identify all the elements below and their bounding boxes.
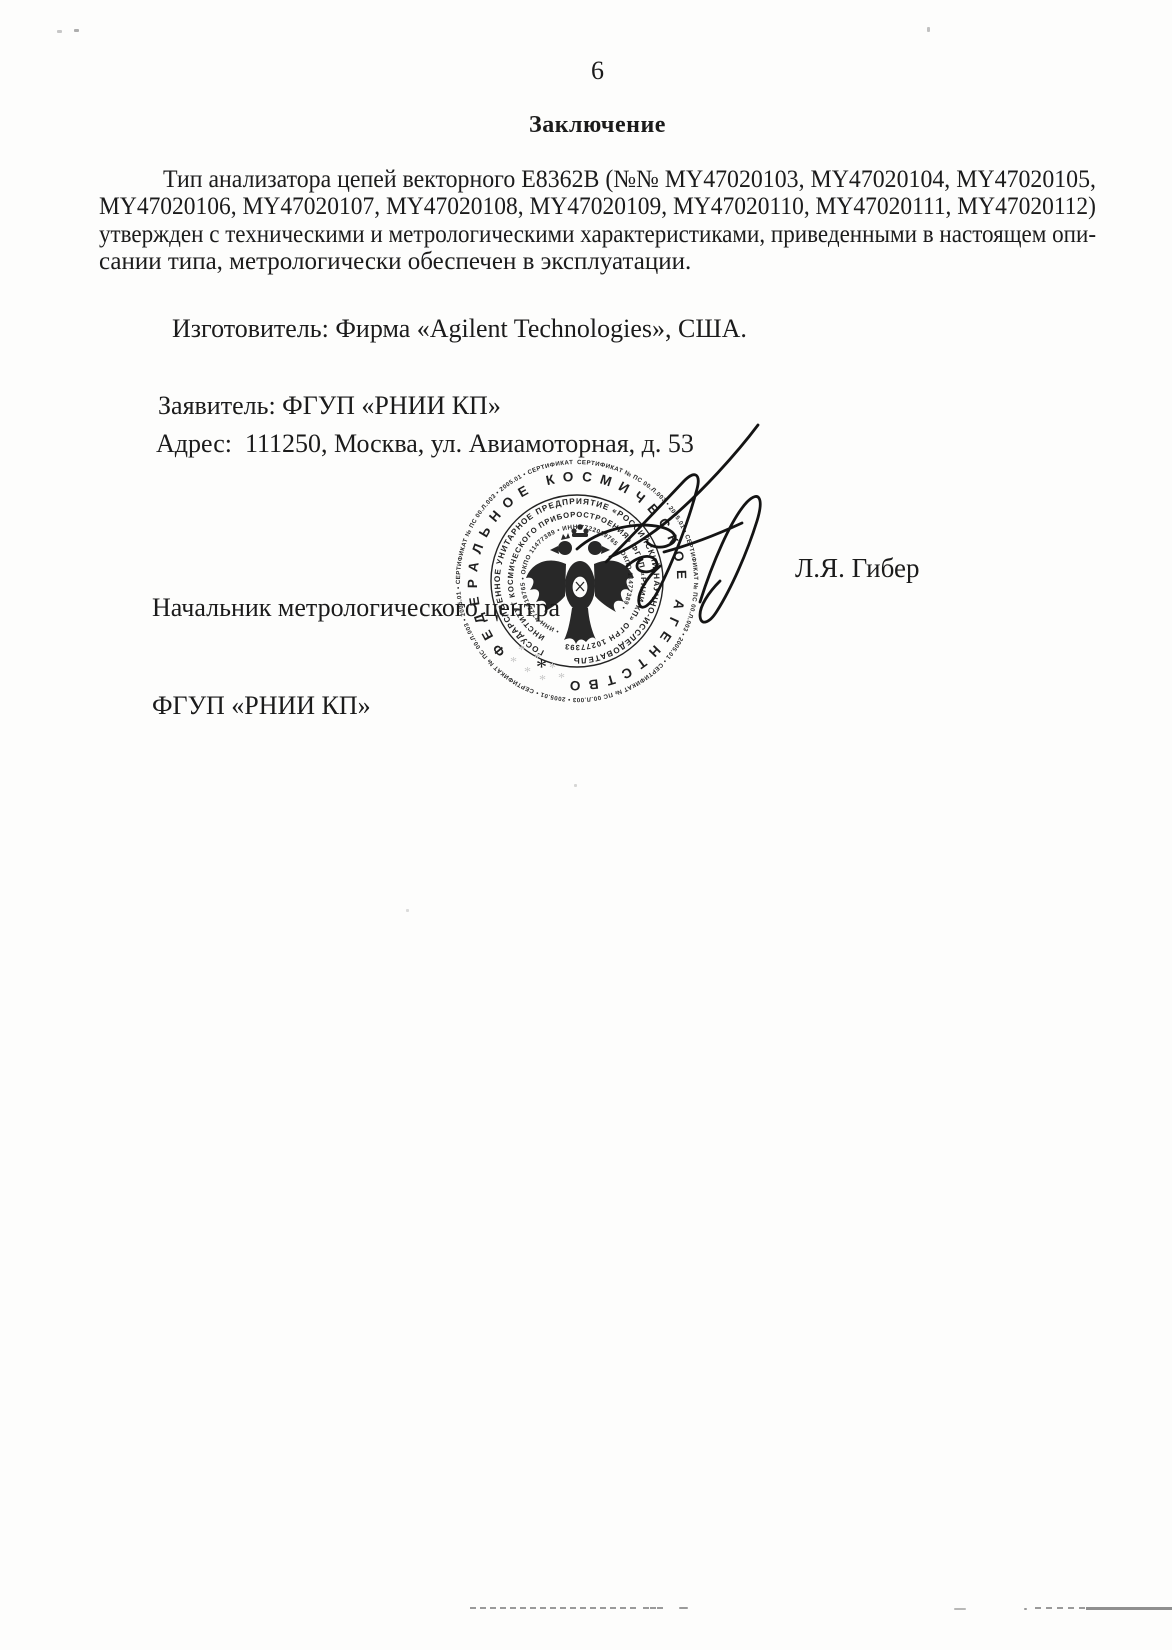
manufacturer-line: Изготовитель: Фирма «Agilent Technologie… <box>172 314 747 344</box>
scan-artifact <box>679 1607 688 1609</box>
scan-baseline-dashes <box>470 1607 636 1609</box>
scan-artifact <box>74 29 79 32</box>
scan-baseline-dashes <box>643 1607 663 1609</box>
paragraph-line: Тип анализатора цепей векторного Е8362В … <box>99 166 1096 193</box>
scan-artifact <box>954 1608 966 1610</box>
svg-text:*: * <box>558 671 565 686</box>
scanned-document-page: { "document": { "page_number": "6", "tit… <box>0 0 1172 1650</box>
page-number: 6 <box>99 56 1096 86</box>
scan-artifact <box>57 30 62 33</box>
svg-text:*: * <box>510 655 517 670</box>
scan-artifact <box>406 909 409 912</box>
scan-baseline-rule <box>1086 1607 1172 1610</box>
paragraph-line: MY47020106, MY47020107, MY47020108, MY47… <box>99 193 1096 220</box>
section-title: Заключение <box>99 112 1096 139</box>
scan-artifact <box>927 27 930 32</box>
svg-text:*: * <box>524 665 531 680</box>
svg-text:*: * <box>518 643 525 658</box>
scan-artifact <box>574 784 577 787</box>
signatory-name: Л.Я. Гибер <box>795 553 919 584</box>
signature <box>556 402 780 634</box>
applicant-line: Заявитель: ФГУП «РНИИ КП» <box>158 391 501 421</box>
conclusion-paragraph: Тип анализатора цепей векторного Е8362В … <box>99 166 1096 276</box>
scan-baseline-dashes <box>1035 1607 1085 1609</box>
svg-text:*: * <box>549 661 556 676</box>
scan-artifact <box>1024 1608 1027 1610</box>
stamp-star-icon: * <box>536 654 547 679</box>
paragraph-line: сании типа, метрологически обеспечен в э… <box>99 248 1096 275</box>
paragraph-line: утвержден с техническими и метрологическ… <box>99 221 1096 248</box>
